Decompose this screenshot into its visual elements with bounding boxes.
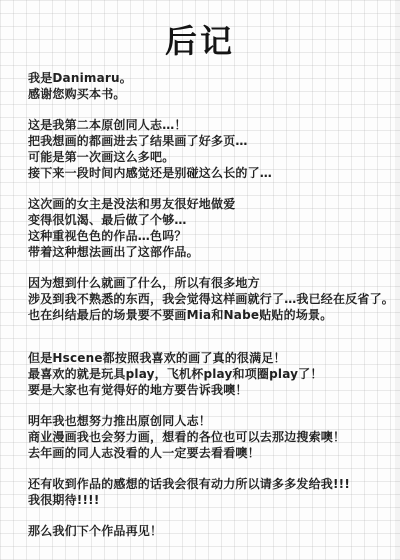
text-line: 去年画的同人志没看的人一定要去看看噢！ — [28, 445, 396, 461]
text-line: 还有收到作品的感想的话我会很有动力所以请多多发给我!!! — [28, 476, 396, 492]
paragraph-second-doujinshi: 这是我第二本原创同人志…！ 把我想画的都画进去了结果画了好多页… 可能是第一次画… — [28, 117, 396, 181]
text-line: 也在纠结最后的场景要不要画Mia和Nabe贴贴的场景。 — [28, 307, 396, 323]
paragraph-future-plans: 明年我也想努力推出原创同人志！ 商业漫画我也会努力画，想看的各位也可以去那边搜索… — [28, 413, 396, 461]
text-line: 把我想画的都画进去了结果画了好多页… — [28, 133, 396, 149]
text-line: 带着这种想法画出了这部作品。 — [28, 244, 396, 260]
text-line: 感谢您购买本书。 — [28, 86, 396, 102]
text-line: 变得很饥渴、最后做了个够… — [28, 212, 396, 228]
text-line: 但是Hscene都按照我喜欢的画了真的很满足！ — [28, 350, 396, 366]
text-line: 我很期待!!!! — [28, 492, 396, 508]
afterword-page: 后记 我是Danimaru。 感谢您购买本书。 这是我第二本原创同人志…！ 把我… — [0, 0, 400, 560]
paragraph-farewell: 那么我们下个作品再见！ — [28, 523, 396, 539]
text-line: 这次画的女主是没法和男友很好地做爱 — [28, 196, 396, 212]
text-line: 明年我也想努力推出原创同人志！ — [28, 413, 396, 429]
text-line: 我是Danimaru。 — [28, 70, 396, 86]
text-line: 最喜欢的就是玩具play，飞机杯play和项圈play了！ — [28, 366, 396, 382]
text-line: 这是我第二本原创同人志…！ — [28, 117, 396, 133]
paragraph-feedback-request: 还有收到作品的感想的话我会很有动力所以请多多发给我!!! 我很期待!!!! — [28, 476, 396, 508]
text-line: 这种重视色色的作品…色吗？ — [28, 228, 396, 244]
paragraph-intro: 我是Danimaru。 感谢您购买本书。 — [28, 70, 396, 102]
text-line: 接下来一段时间内感觉还是别碰这么长的了… — [28, 165, 396, 181]
text-line: 涉及到我不熟悉的东西，我会觉得这样画就行了…我已经在反省了。 — [28, 291, 396, 307]
page-title: 后记 — [0, 0, 400, 70]
paragraph-heroine-concept: 这次画的女主是没法和男友很好地做爱 变得很饥渴、最后做了个够… 这种重视色色的作… — [28, 196, 396, 260]
text-line: 商业漫画我也会努力画，想看的各位也可以去那边搜索噢！ — [28, 429, 396, 445]
text-line: 因为想到什么就画了什么，所以有很多地方 — [28, 275, 396, 291]
text-line: 要是大家也有觉得好的地方要告诉我噢！ — [28, 382, 396, 398]
paragraph-reflection: 因为想到什么就画了什么，所以有很多地方 涉及到我不熟悉的东西，我会觉得这样画就行… — [28, 275, 396, 323]
paragraph-favorite-scenes: 但是Hscene都按照我喜欢的画了真的很满足！ 最喜欢的就是玩具play，飞机杯… — [28, 350, 396, 398]
text-line: 那么我们下个作品再见！ — [28, 523, 396, 539]
text-line: 可能是第一次画这么多吧。 — [28, 149, 396, 165]
